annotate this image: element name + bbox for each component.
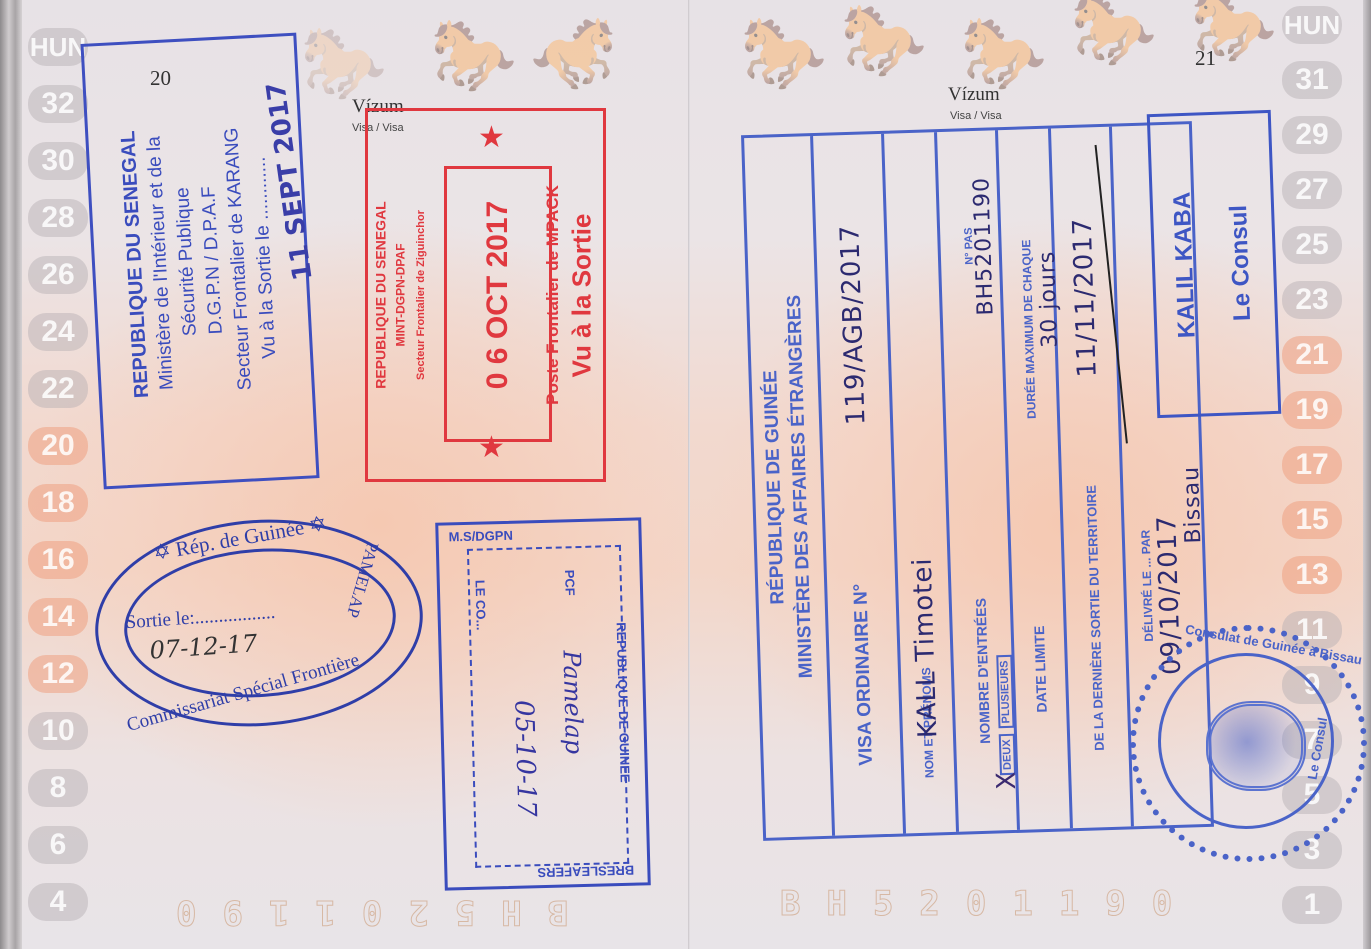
side-band-number: 16 [28,541,88,579]
limit-label: DATE LIMITE [1031,625,1050,712]
guinea-entry-stamp-rect: M.S/DGPN REPUBLIQUE DE GUINEE LE CO... P… [435,517,651,890]
stamp-line: PCF [562,569,578,595]
side-band-number: 1 [1282,886,1342,924]
side-band-number: 22 [28,370,88,408]
horse-watermark-icon: 🐎 [960,18,1047,88]
page-heading: Vízum [948,84,1000,106]
visa-number-value: 119/AGB/2017 [835,224,871,425]
horse-watermark-icon: 🐎 [430,20,517,90]
stamp-line: Secteur Frontalier de Ziguinchor [415,210,427,380]
horse-watermark-icon: 🐎 [1070,0,1157,64]
side-band-number: 19 [1282,391,1342,429]
side-band-number: 28 [28,199,88,237]
stamp-line: LE CO... [472,579,488,630]
limit-label-2: DE LA DERNIÈRE SORTIE DU TERRITOIRE [1084,484,1107,750]
passport-spread: 🐎 🐎 🐎 HUN323028262422201816141210864 20 … [0,0,1371,949]
senegal-exit-stamp-red: ★ ★ REPUBLIQUE DU SENEGAL MINT-DGPN-DPAF… [365,108,606,482]
side-band-number: 4 [28,883,88,921]
country-code-label: HUN [1282,6,1342,44]
side-band-number: 21 [1282,336,1342,374]
page-number: 21 [1195,46,1216,71]
side-band-number: 8 [28,769,88,807]
side-number-band: HUN323028262422201816141210864 [28,20,88,949]
senegal-exit-stamp-blue: REPUBLIQUE DU SENEGAL Ministère de l'Int… [80,33,319,490]
name-value: KALL Timotei [907,557,943,738]
limit-value: 11/11/2017 [1068,217,1103,378]
stamp-line: REPUBLIQUE DE GUINEE [613,622,632,783]
consul-name-stamp: KALIL KABA Le Consul [1147,110,1282,418]
consul-title: Le Consul [1225,205,1257,322]
side-band-number: 29 [1282,116,1342,154]
coat-of-arms-icon [1206,701,1306,791]
stamp-line: REPUBLIQUE DU SENEGAL [373,201,389,388]
side-band-number: 20 [28,427,88,465]
side-band-number: 15 [1282,501,1342,539]
side-band-number: 25 [1282,226,1342,264]
side-band-number: 14 [28,598,88,636]
consul-seal: Consulat de Guinée à Bissau Le Consul [1130,625,1367,862]
horse-watermark-icon: 🐎 [300,28,387,98]
horse-watermark-icon: 🐎 [740,18,827,88]
side-band-number: 23 [1282,281,1342,319]
entries-option-multiple: PLUSIEURS [996,655,1014,728]
side-band-number: 31 [1282,61,1342,99]
side-band-number: 13 [1282,556,1342,594]
side-band-number: 17 [1282,446,1342,484]
country-code-label: HUN [28,28,88,66]
side-band-number: 32 [28,85,88,123]
passport-value: BH5201190 [969,176,998,315]
visa-type-label: VISA ORDINAIRE N° [850,583,878,766]
guinea-exit-stamp-oval: ✡ Rép. de Guinée ✡ PAMELAP Commissariat … [88,509,430,737]
stamp-date: 0 6 OCT 2017 [481,201,515,389]
issued-place: Bissau [1179,465,1206,543]
passport-number-perforation: BH5201190 [780,884,1198,924]
side-band-number: 24 [28,313,88,351]
side-band-number: 18 [28,484,88,522]
page-subheading: Visa / Visa [950,110,1002,122]
side-band-number: 6 [28,826,88,864]
consul-name: KALIL KABA [1168,191,1201,338]
side-band-number: 27 [1282,171,1342,209]
handwritten-signature: Pamelap [558,650,589,754]
handwritten-date: 05-10-17 [508,700,541,818]
side-band-number: 10 [28,712,88,750]
side-band-number: 26 [28,256,88,294]
horse-watermark-icon: 🐎 [840,5,927,75]
stamp-line: Poste Frontalier de MPACK [543,185,563,405]
horse-watermark-icon: 🐎 [530,18,617,88]
side-band-number: 30 [28,142,88,180]
entries-mark: X [991,770,1022,790]
stamp-line: MINT-DGPN-DPAF [394,243,408,346]
side-band-number: 12 [28,655,88,693]
page-20: 🐎 🐎 🐎 HUN323028262422201816141210864 20 … [0,0,690,949]
stamp-line: M.S/DGPN [448,528,513,545]
page-edge [0,0,22,949]
passport-number-perforation: BH5201190 [150,892,568,932]
page-edge [1363,0,1371,949]
stamp-line: Vu à la Sortie [567,213,598,377]
